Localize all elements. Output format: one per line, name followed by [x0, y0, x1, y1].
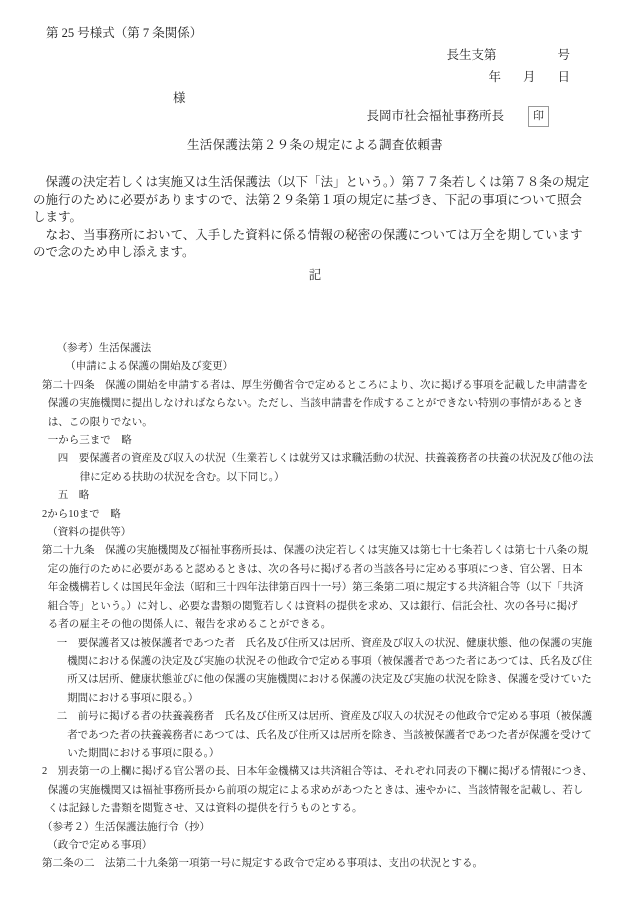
- document-number-unit: 号: [557, 47, 570, 65]
- text-line: る者の雇主その他の関係人に、報告を求めることができる。: [42, 616, 608, 634]
- text-line: （政令で定める事項）: [42, 837, 608, 855]
- text-line: 第二条の二 法第二十九条第一項第一号に規定する政令で定める事項は、支出の状況とす…: [42, 855, 608, 873]
- date-line: 年 月 日: [488, 69, 570, 87]
- text-line: くは記録した書類を閲覧させ、又は資料の提供を行うものとする。: [42, 800, 608, 818]
- form-number: 第 25 号様式（第 7 条関係）: [46, 25, 202, 43]
- text-line: 定の施行のために必要があると認めるときは、次の各号に掲げる者の当該各号に定める事…: [42, 561, 608, 579]
- text-line: 律に定める扶助の状況を含む。以下同じ。）: [42, 469, 608, 487]
- text-line: （申請による保護の開始及び変更）: [42, 358, 608, 376]
- body-paragraphs: 保護の決定若しくは実施又は生活保護法（以下「法」という。）第７７条若しくは第７８…: [33, 174, 593, 262]
- text-line: 五 略: [42, 487, 608, 505]
- text-line: の施行のために必要がありますので、法第２９条第１項の規定に基づき、下記の事項につ…: [33, 192, 593, 210]
- date-day-label: 日: [557, 69, 570, 87]
- text-line: 機関における保護の決定及び実施の状況その他政令で定める事項（被保護者であつた者に…: [42, 653, 608, 671]
- ki-marker: 記: [0, 267, 630, 285]
- text-line: 所又は居所、健康状態並びに他の保護の実施機関における保護の決定及び実施の状況を除…: [42, 671, 608, 689]
- text-line: 保護の決定若しくは実施又は生活保護法（以下「法」という。）第７７条若しくは第７８…: [33, 174, 593, 192]
- text-line: いた期間における事項に限る。）: [42, 745, 608, 763]
- text-line: 第二十四条 保護の開始を申請する者は、厚生労働省令で定めるところにより、次に掲げ…: [42, 377, 608, 395]
- text-line: なお、当事務所において、入手した資料に係る情報の秘密の保護については万全を期して…: [33, 227, 593, 245]
- text-line: （参考）生活保護法: [42, 340, 608, 358]
- seal-stamp: 印: [528, 106, 549, 127]
- document-page: 第 25 号様式（第 7 条関係） 長生支第 号 年 月 日 様 長岡市社会福祉…: [0, 0, 630, 915]
- text-line: 者であつた者の扶養義務者にあつては、氏名及び住所又は居所を除き、当該被保護者であ…: [42, 727, 608, 745]
- text-line: 保護の実施機関に提出しなければならない。ただし、当該申請書を作成することができな…: [42, 395, 608, 413]
- text-line: （資料の提供等）: [42, 524, 608, 542]
- sender-line: 長岡市社会福祉事務所長 印: [366, 106, 549, 127]
- document-number-line: 長生支第 号: [446, 47, 570, 65]
- text-line: 2 別表第一の上欄に掲げる官公署の長、日本年金機構又は共済組合等は、それぞれ同表…: [42, 763, 608, 781]
- reference-section: （参考）生活保護法（申請による保護の開始及び変更）第二十四条 保護の開始を申請す…: [42, 340, 608, 874]
- text-line: 一から三まで 略: [42, 432, 608, 450]
- document-number-label: 長生支第: [446, 47, 496, 65]
- text-line: 期間における事項に限る。）: [42, 690, 608, 708]
- text-line: 保護の実施機関又は福祉事務所長から前項の規定による求めがあつたときは、速やかに、…: [42, 782, 608, 800]
- text-line: します。: [33, 209, 593, 227]
- addressee-honorific: 様: [173, 90, 186, 108]
- text-line: 2から10まで 略: [42, 506, 608, 524]
- text-line: 第二十九条 保護の実施機関及び福祉事務所長は、保護の決定若しくは実施又は第七十七…: [42, 542, 608, 560]
- sender-name: 長岡市社会福祉事務所長: [366, 108, 504, 126]
- text-line: ので念のため申し添えます。: [33, 244, 593, 262]
- date-month-label: 月: [523, 69, 536, 87]
- text-line: 四 要保護者の資産及び収入の状況（生業若しくは就労又は求職活動の状況、扶養義務者…: [42, 450, 608, 468]
- text-line: 二 前号に掲げる者の扶養義務者 氏名及び住所又は居所、資産及び収入の状況その他政…: [42, 708, 608, 726]
- text-line: 一 要保護者又は被保護者であつた者 氏名及び住所又は居所、資産及び収入の状況、健…: [42, 635, 608, 653]
- text-line: 組合等」という。）に対し、必要な書類の閲覧若しくは資料の提供を求め、又は銀行、信…: [42, 598, 608, 616]
- text-line: は、この限りでない。: [42, 414, 608, 432]
- document-title: 生活保護法第２９条の規定による調査依頼書: [0, 137, 630, 155]
- date-year-label: 年: [488, 69, 501, 87]
- text-line: （参考２）生活保護法施行令（抄）: [42, 819, 608, 837]
- text-line: 年金機構若しくは国民年金法（昭和三十四年法律第百四十一号）第三条第二項に規定する…: [42, 579, 608, 597]
